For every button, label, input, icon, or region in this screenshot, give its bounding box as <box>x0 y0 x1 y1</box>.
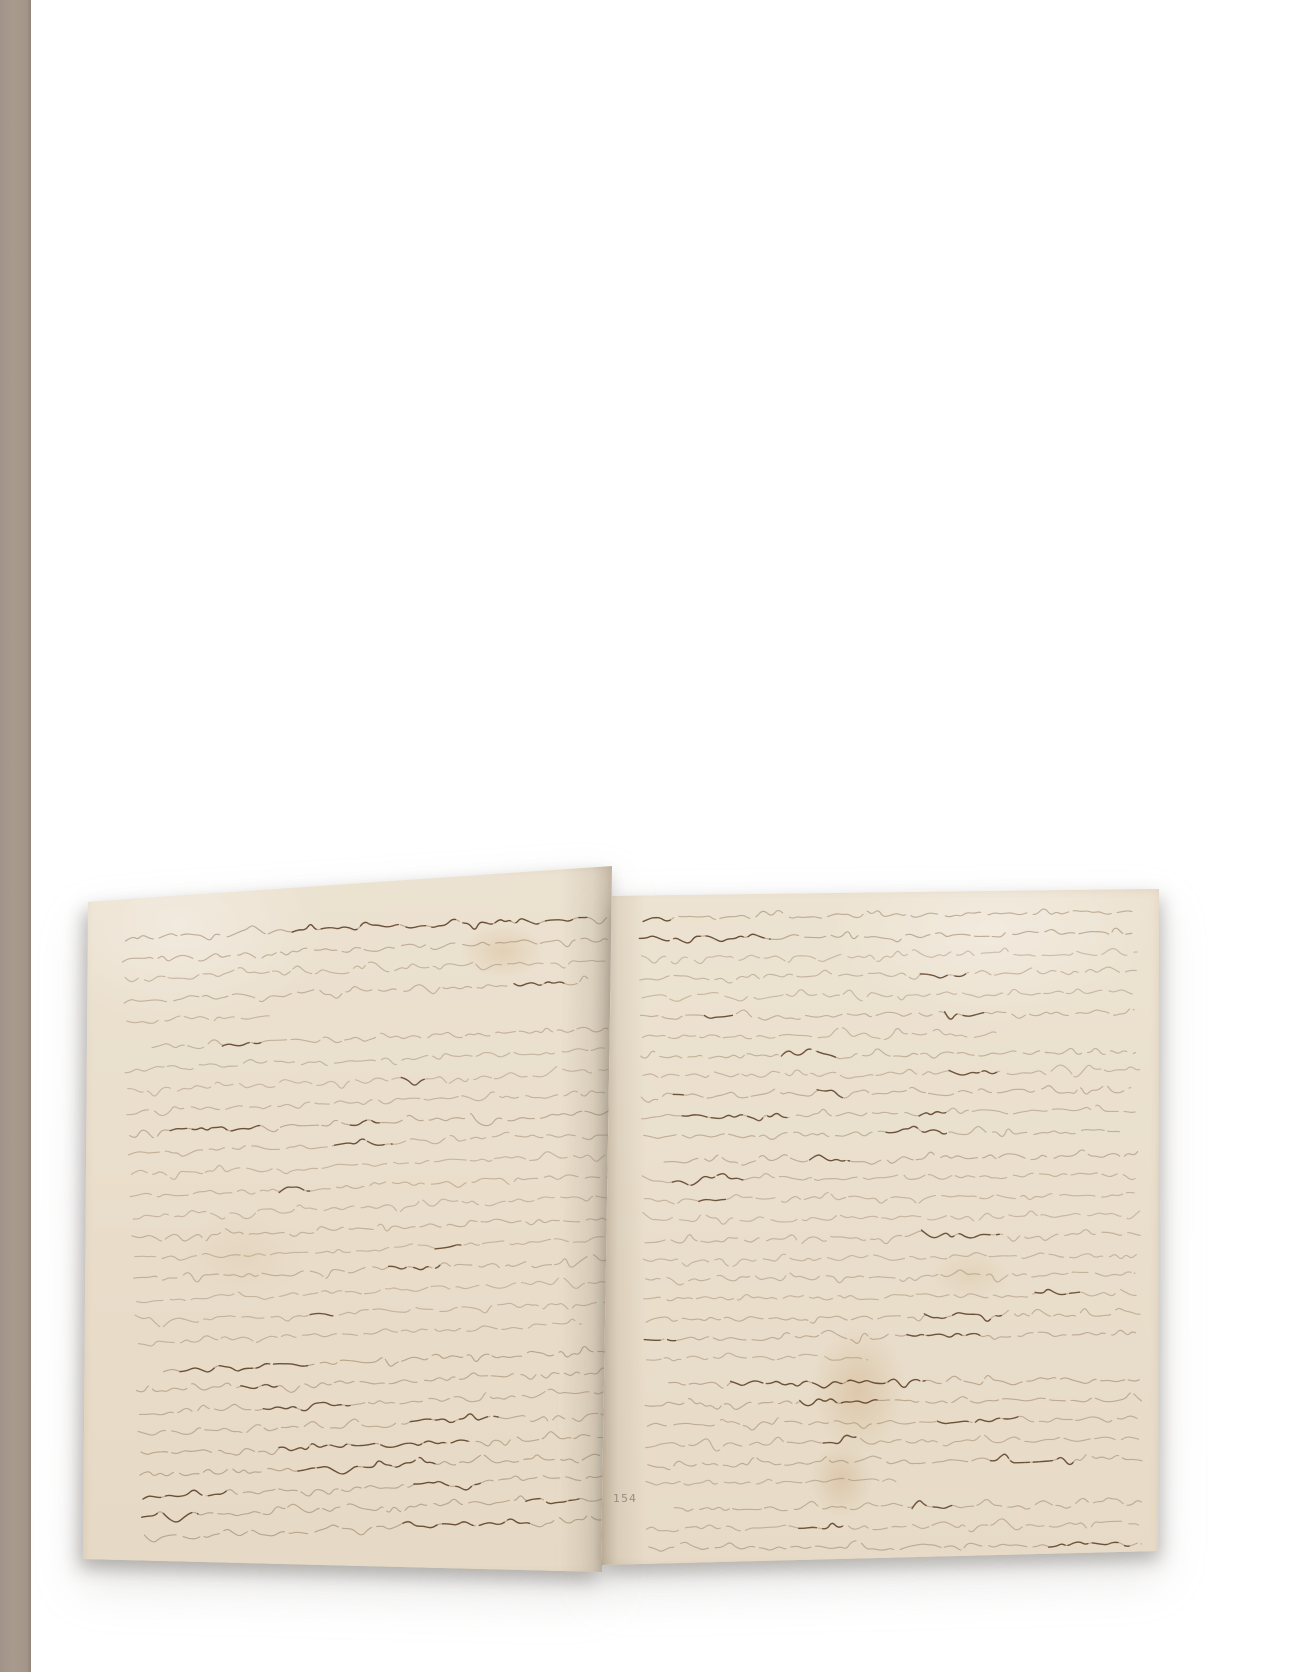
handwritten-text-line <box>142 1467 630 1505</box>
handwritten-text-line <box>644 1324 1144 1348</box>
handwritten-text-line <box>135 1229 622 1267</box>
manuscript-left-page-wrap <box>83 866 614 1575</box>
handwritten-text-line <box>128 1125 617 1163</box>
handwritten-text-line <box>135 1292 624 1330</box>
handwritten-text-line <box>129 1104 617 1142</box>
handwritten-text-line <box>642 1024 1002 1046</box>
handwritten-text-line <box>144 1509 633 1547</box>
handwritten-text-line <box>646 1348 876 1369</box>
handwritten-text-line <box>132 1209 621 1247</box>
handwritten-text-line <box>138 1404 627 1442</box>
handwritten-text-line <box>141 1425 628 1463</box>
handwritten-text-line <box>125 951 611 989</box>
handwriting-right <box>621 904 1126 910</box>
handwritten-text-line <box>125 909 612 947</box>
photo-background: 154 <box>0 0 1301 1672</box>
handwritten-text-line <box>646 1472 906 1493</box>
handwritten-text-line <box>138 1315 590 1352</box>
handwritten-text-line <box>644 1122 1124 1146</box>
handwritten-text-line <box>126 1083 616 1122</box>
handwritten-text-line <box>136 1271 622 1309</box>
manuscript-right-page: 154 <box>601 888 1160 1567</box>
handwritten-text-line <box>122 930 611 968</box>
handwritten-text-line <box>649 1534 1148 1558</box>
handwritten-text-line <box>152 1020 614 1057</box>
handwritten-text-line <box>139 1383 627 1421</box>
handwritten-text-line <box>133 1251 621 1289</box>
handwritten-text-line <box>124 972 594 1010</box>
handwritten-text-line <box>163 1341 627 1378</box>
book-spine <box>0 0 31 1672</box>
handwriting-left <box>101 907 601 928</box>
handwritten-text-line <box>648 1449 1147 1473</box>
handwritten-text-line <box>127 1007 278 1031</box>
handwritten-text-line <box>130 1167 618 1205</box>
page-number: 154 <box>613 1492 637 1505</box>
handwritten-text-line <box>640 1003 1140 1027</box>
handwritten-text-line <box>141 1488 631 1527</box>
manuscript-right-page-wrap: 154 <box>601 888 1160 1567</box>
handwritten-text-line <box>136 1362 626 1401</box>
handwritten-text-line <box>133 1188 619 1226</box>
handwritten-text-line <box>140 1446 629 1484</box>
handwritten-text-line <box>125 1041 613 1079</box>
manuscript-left-page <box>83 866 614 1575</box>
handwritten-text-line <box>127 1062 614 1100</box>
handwritten-text-line <box>131 1146 618 1184</box>
